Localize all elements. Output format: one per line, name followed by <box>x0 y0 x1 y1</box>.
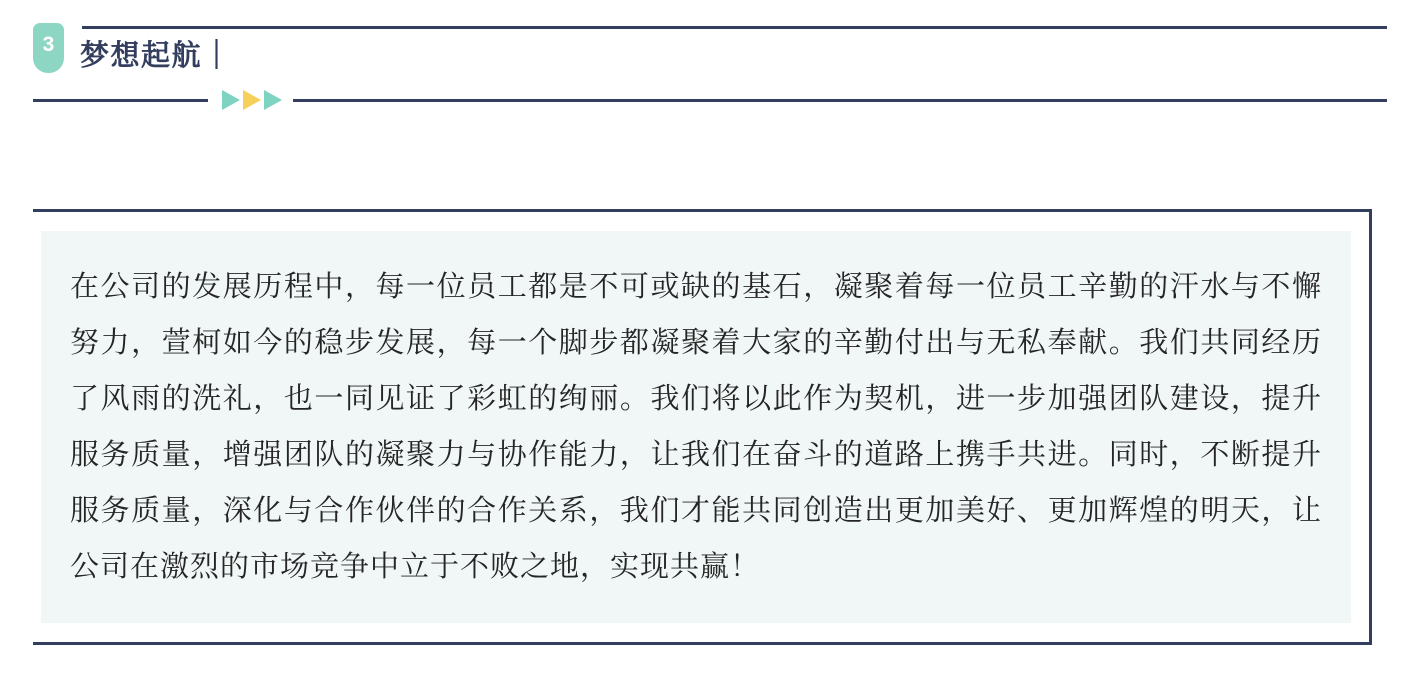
section-number-badge: 3 <box>33 23 64 73</box>
content-frame: 在公司的发展历程中，每一位员工都是不可或缺的基石，凝聚着每一位员工辛勤的汗水与不… <box>33 209 1372 645</box>
body-paragraph: 在公司的发展历程中，每一位员工都是不可或缺的基石，凝聚着每一位员工辛勤的汗水与不… <box>41 231 1351 623</box>
section-title: 梦想起航｜ <box>80 40 233 72</box>
section-number: 3 <box>43 33 55 56</box>
article-page: 3 梦想起航｜ 在公司的发展历程中，每一位员工都是不可或缺的基石，凝聚着每一位员… <box>0 0 1416 684</box>
play-triangle-right-icon <box>243 90 261 110</box>
divider-rule-left <box>33 99 208 102</box>
content-panel: 在公司的发展历程中，每一位员工都是不可或缺的基石，凝聚着每一位员工辛勤的汗水与不… <box>41 231 1351 623</box>
play-triangle-right-icon <box>222 90 240 110</box>
divider-rule-right <box>293 99 1387 102</box>
play-triangle-right-icon <box>264 90 282 110</box>
header-top-rule <box>82 26 1387 29</box>
